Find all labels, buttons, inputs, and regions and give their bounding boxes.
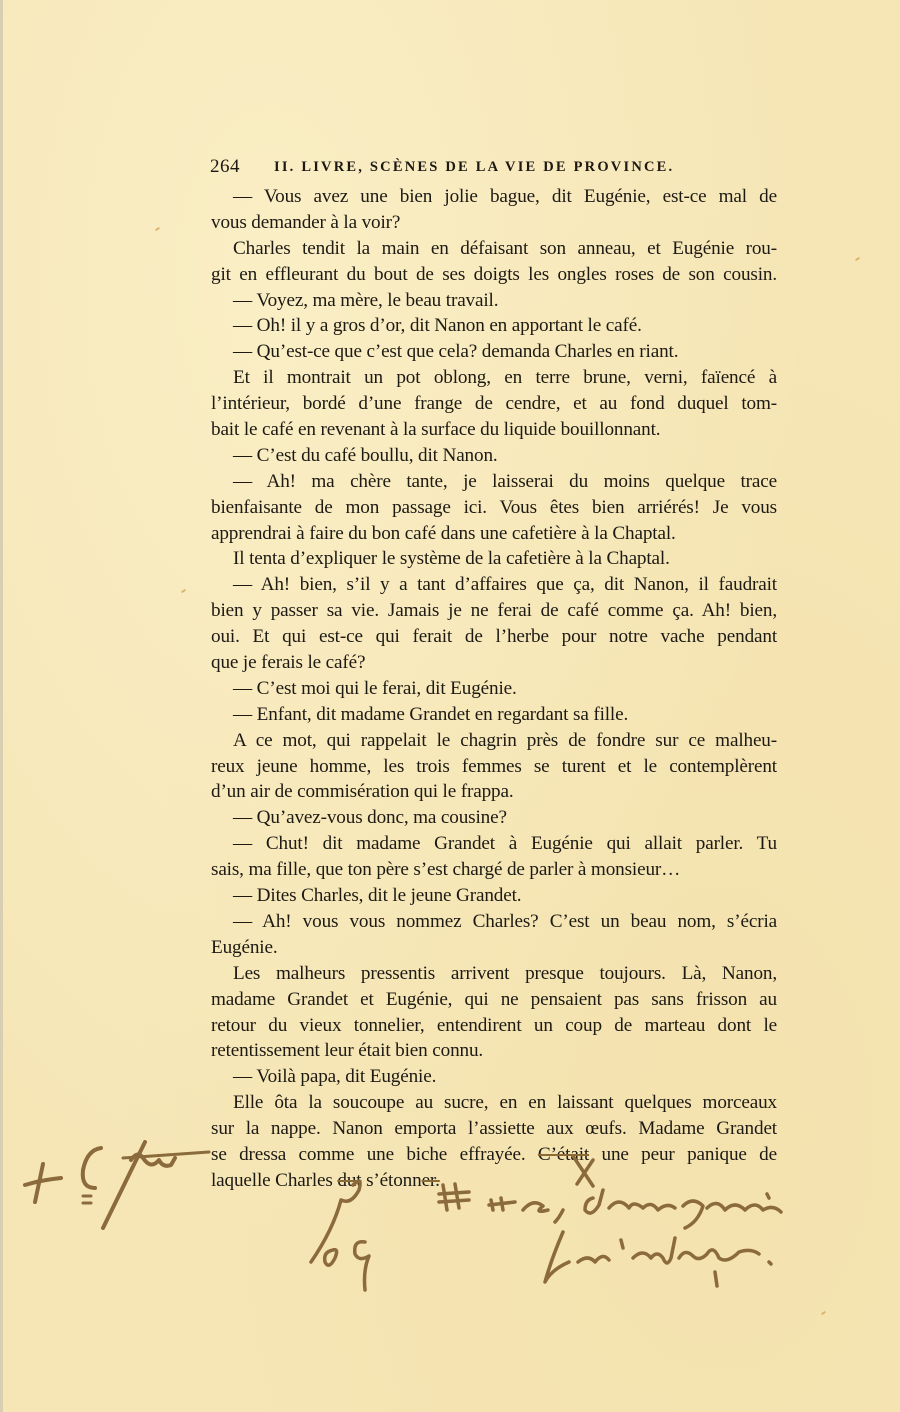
text-line: Eugénie. xyxy=(211,935,777,961)
text-line: bait le café en revenant à la surface du… xyxy=(211,417,777,443)
page-header: 264 II. LIVRE, SCÈNES DE LA VIE DE PROVI… xyxy=(210,156,730,180)
text-line: A ce mot, qui rappelait le chagrin près … xyxy=(211,728,777,754)
handwritten-insertion-line1 xyxy=(489,1190,781,1228)
text-line: retour du vieux tonnelier, entendirent u… xyxy=(211,1013,777,1039)
body-text: — Vous avez une bien jolie bague, dit Eu… xyxy=(211,184,777,1194)
text-line-corrected: se dressa comme une biche effrayée. C’ét… xyxy=(211,1142,777,1168)
text-line: — C’est du café boullu, dit Nanon. xyxy=(211,443,777,469)
text-line: que je ferais le café? xyxy=(211,650,777,676)
text-line-corrected: laquelle Charles dut s’étonner. xyxy=(211,1168,777,1194)
paper-speck xyxy=(181,589,186,594)
text-line: — Chut! dit madame Grandet à Eugénie qui… xyxy=(211,831,777,857)
text-line: Les malheurs pressentis arrivent presque… xyxy=(211,961,777,987)
paper-speck xyxy=(855,257,860,262)
text-line: retentissement leur était bien connu. xyxy=(211,1038,777,1064)
scanned-book-page: 264 II. LIVRE, SCÈNES DE LA VIE DE PROVI… xyxy=(0,0,900,1412)
text-line: l’intérieur, bordé d’une frange de cendr… xyxy=(211,391,777,417)
text-line: git en effleurant du bout de ses doigts … xyxy=(211,262,777,288)
text-segment: se dressa comme une biche effrayée. xyxy=(211,1144,538,1165)
text-line: oui. Et qui est-ce qui ferait de l’herbe… xyxy=(211,624,777,650)
text-line: sais, ma fille, que ton père s’est charg… xyxy=(211,857,777,883)
margin-correction-mark xyxy=(25,1142,209,1228)
text-line: vous demander à la voir? xyxy=(211,210,777,236)
text-line: — Oh! il y a gros d’or, dit Nanon en app… xyxy=(211,313,777,339)
text-segment: une peur panique de xyxy=(589,1144,777,1165)
text-line: — Voyez, ma mère, le beau travail. xyxy=(211,288,777,314)
text-line: Charles tendit la main en défaisant son … xyxy=(211,236,777,262)
text-line: reux jeune homme, les trois femmes se tu… xyxy=(211,754,777,780)
text-line: — Enfant, dit madame Grandet en regardan… xyxy=(211,702,777,728)
text-line: — Ah! bien, s’il y a tant d’affaires que… xyxy=(211,572,777,598)
text-line: — Ah! ma chère tante, je laisserai du mo… xyxy=(211,469,777,495)
paper-speck xyxy=(155,227,160,232)
insertion-mark xyxy=(311,1181,369,1290)
text-line: d’un air de commisération qui le frappa. xyxy=(211,779,777,805)
text-line: apprendrai à faire du bon café dans une … xyxy=(211,521,777,547)
handwritten-insertion-line2 xyxy=(545,1232,771,1286)
text-line: — Vous avez une bien jolie bague, dit Eu… xyxy=(211,184,777,210)
text-line: Et il montrait un pot oblong, en terre b… xyxy=(211,365,777,391)
running-head: II. LIVRE, SCÈNES DE LA VIE DE PROVINCE. xyxy=(274,159,674,177)
text-line: Elle ôta la soucoupe au sucre, en en lai… xyxy=(211,1090,777,1116)
text-line: sur la nappe. Nanon emporta l’assiette a… xyxy=(211,1116,777,1142)
text-line: bien y passer sa vie. Jamais je ne ferai… xyxy=(211,598,777,624)
text-line: — Qu’est-ce que c’est que cela? demanda … xyxy=(211,339,777,365)
text-line: Il tenta d’expliquer le système de la ca… xyxy=(211,546,777,572)
text-segment: s’étonn xyxy=(361,1170,421,1191)
text-line: — Ah! vous vous nommez Charles? C’est un… xyxy=(211,909,777,935)
text-line: madame Grandet et Eugénie, qui ne pensai… xyxy=(211,987,777,1013)
text-line: — Dites Charles, dit le jeune Grandet. xyxy=(211,883,777,909)
struck-text: C’était xyxy=(538,1144,589,1165)
text-line: bienfaisante de mon passage ici. Vous êt… xyxy=(211,495,777,521)
paper-speck xyxy=(821,1311,826,1316)
text-line: — Qu’avez-vous donc, ma cousine? xyxy=(211,805,777,831)
struck-text: dut xyxy=(337,1170,361,1191)
struck-text: er. xyxy=(422,1170,440,1191)
page-number: 264 xyxy=(210,156,240,178)
text-segment: laquelle Charles xyxy=(211,1170,337,1191)
text-line: — C’est moi qui le ferai, dit Eugénie. xyxy=(211,676,777,702)
text-line: — Voilà papa, dit Eugénie. xyxy=(211,1064,777,1090)
